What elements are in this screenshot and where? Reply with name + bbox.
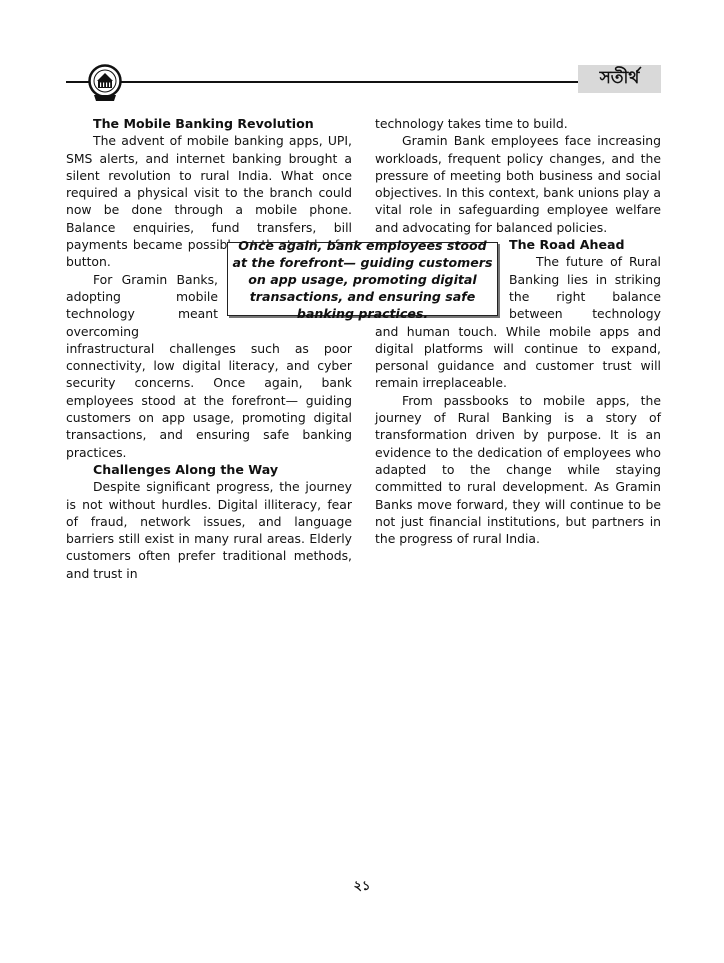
paragraph: technology takes time to build. xyxy=(375,115,661,132)
page-number: ২১ xyxy=(0,877,724,898)
publication-title-badge: সতীর্থ xyxy=(578,65,661,93)
paragraph: From passbooks to mobile apps, the journ… xyxy=(375,392,661,548)
right-column: technology takes time to build. Gramin B… xyxy=(375,115,661,547)
paragraph: Gramin Bank employees face increasing wo… xyxy=(375,132,661,236)
union-emblem-icon xyxy=(86,64,124,104)
header-rule xyxy=(66,81,578,83)
paragraph-text: challenges such as poor connectivity, lo… xyxy=(66,341,352,460)
pull-quote: Once again, bank employees stood at the … xyxy=(227,242,498,316)
section-heading: The Mobile Banking Revolution xyxy=(66,115,352,132)
section-heading: Challenges Along the Way xyxy=(66,461,352,478)
paragraph: Despite significant progress, the journe… xyxy=(66,478,352,582)
pull-quote-text: Once again, bank employees stood at the … xyxy=(232,237,493,322)
left-column: The Mobile Banking Revolution The advent… xyxy=(66,115,352,582)
